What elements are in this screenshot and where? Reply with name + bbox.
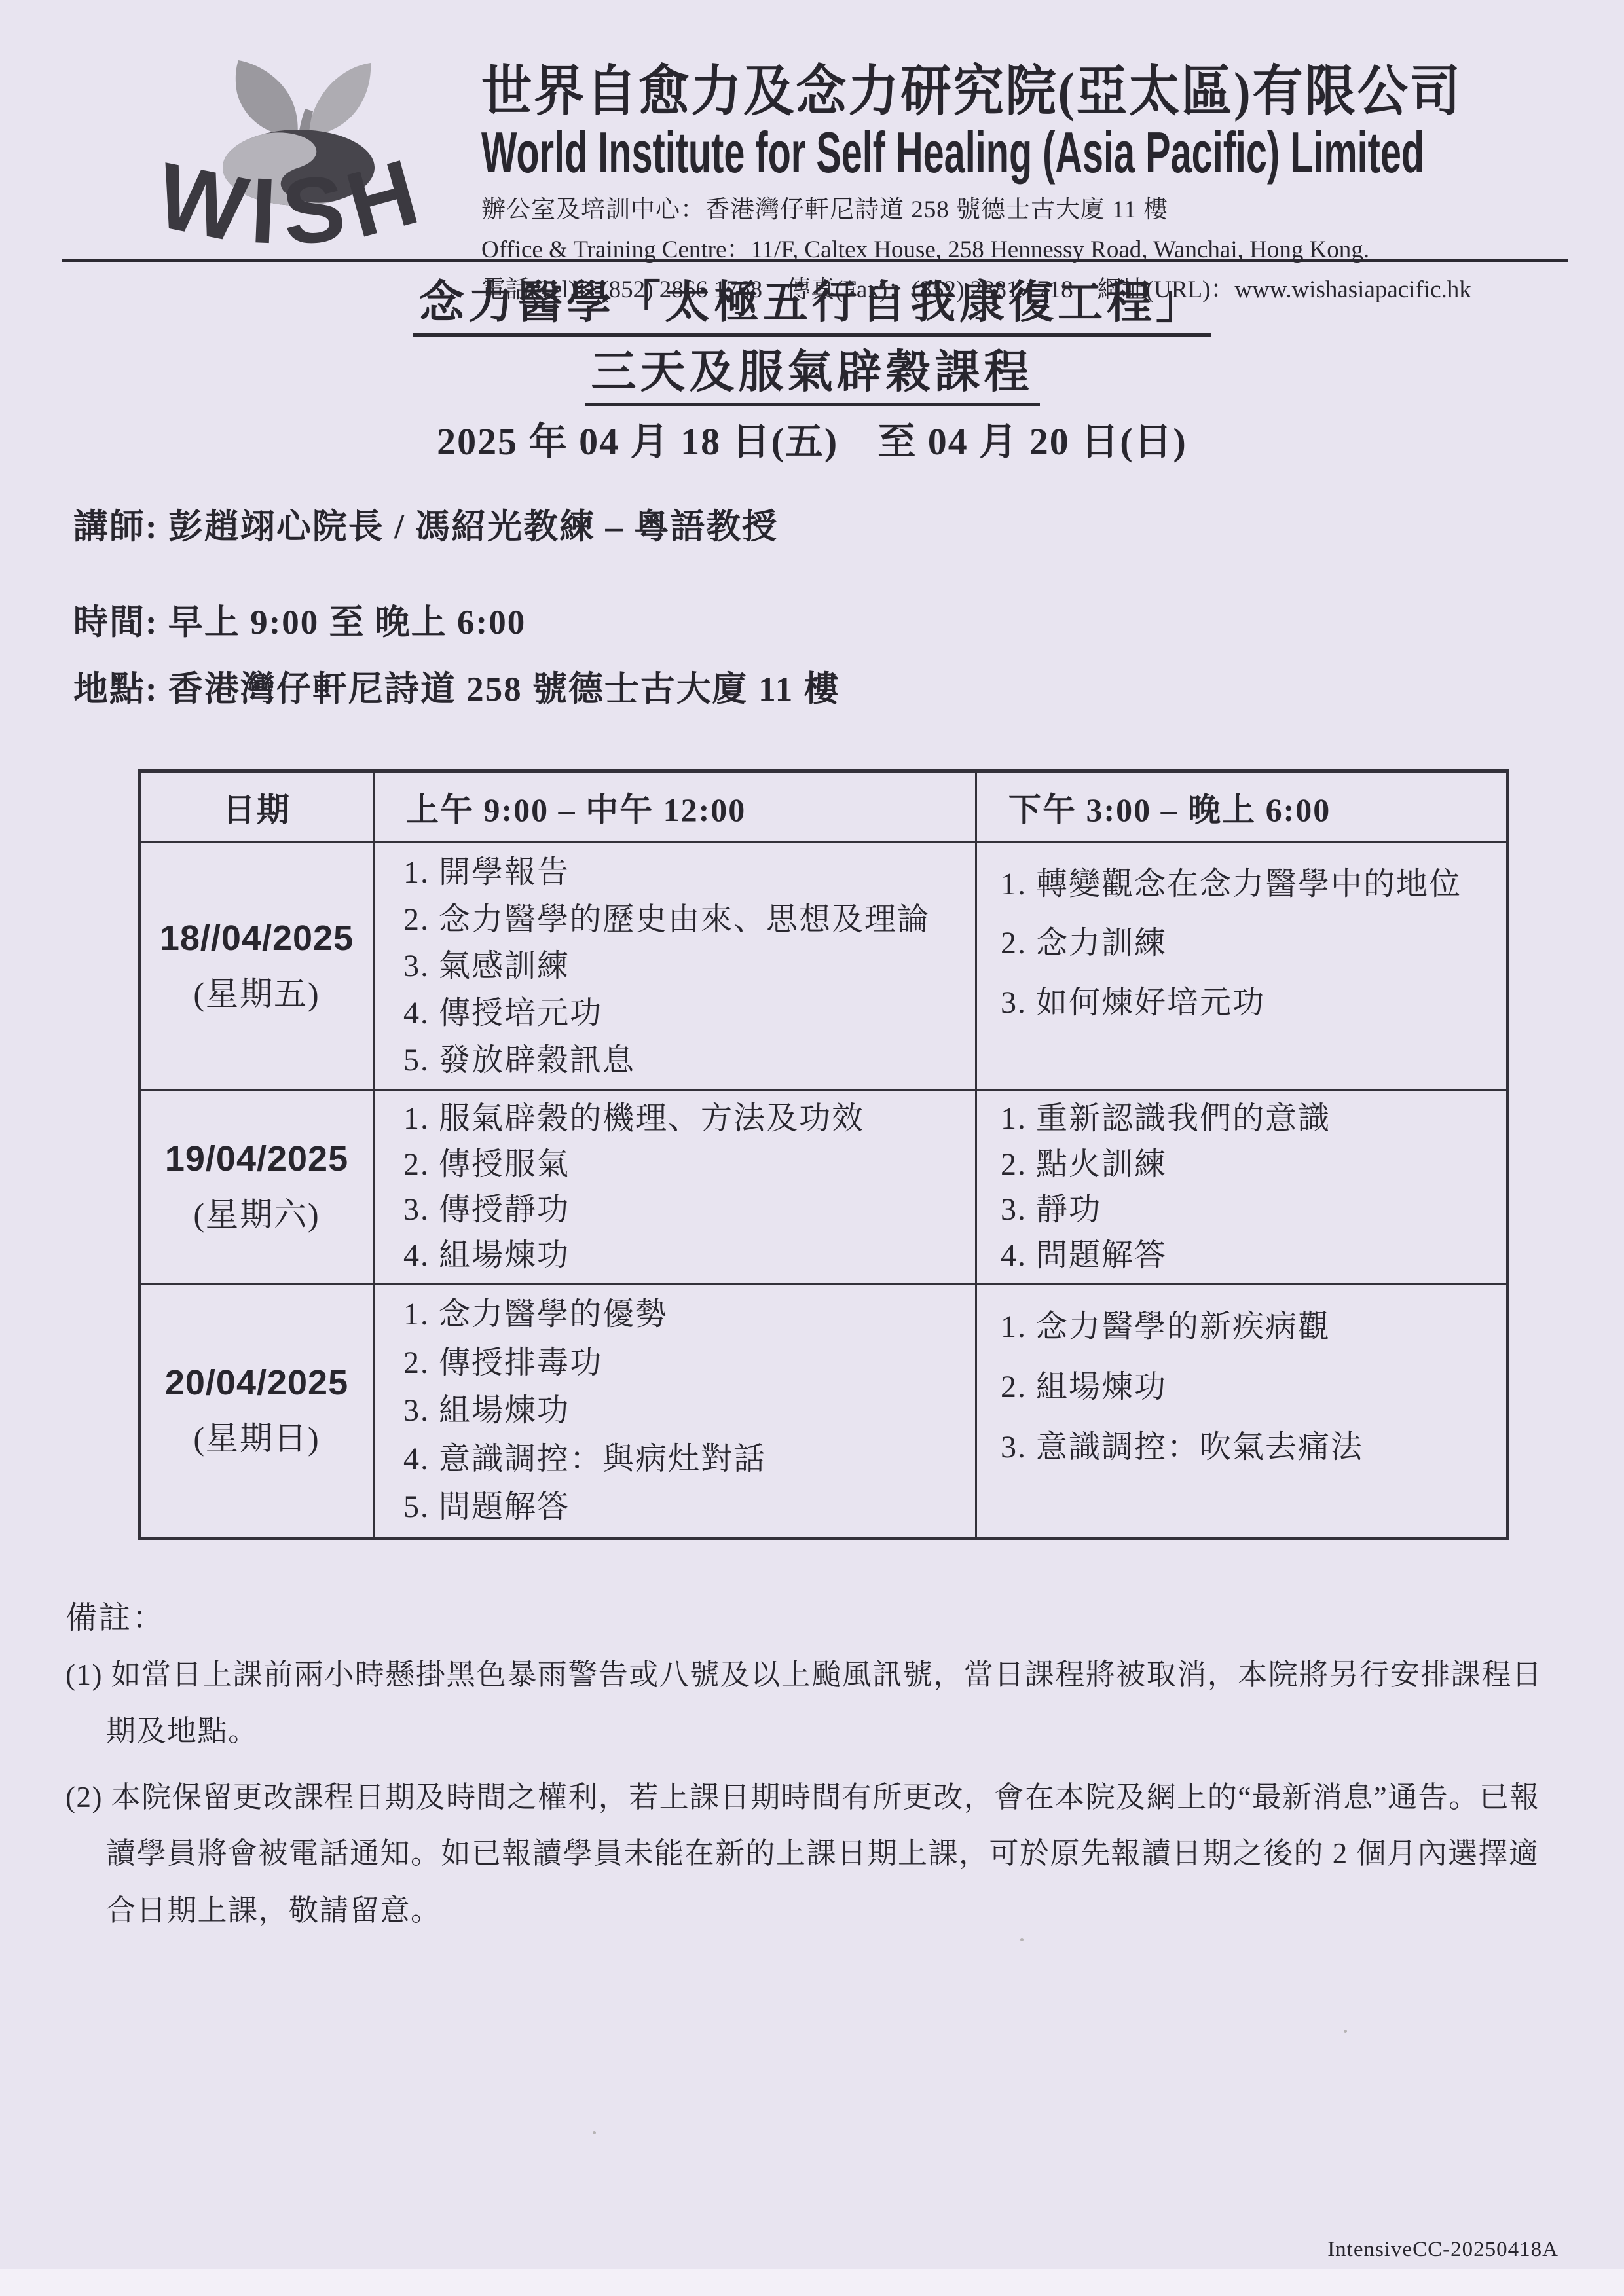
session-date: 18//04/2025	[141, 918, 373, 958]
day1-date-cell: 18//04/2025 (星期五)	[139, 843, 374, 1091]
letterhead: 世界自愈力及念力研究院(亞太區)有限公司 World Institute for…	[481, 63, 1542, 304]
topic-item: 2. 傳授服氣	[403, 1146, 969, 1182]
remarks-label: 備註：	[65, 1592, 1565, 1637]
remark-item-2: (2) 本院保留更改課程日期及時間之權利，若上課日期時間有所更改，會在本院及網上…	[65, 1769, 1565, 1939]
topic-item: 5. 發放辟穀訊息	[403, 1042, 969, 1078]
scan-speck	[1020, 1938, 1024, 1941]
schedule-header-row: 日期 上午 9:00 – 中午 12:00 下午 3:00 – 晚上 6:00	[139, 771, 1508, 843]
institute-name-chinese: 世界自愈力及念力研究院(亞太區)有限公司	[481, 63, 1457, 122]
course-title-line2: 三天及服氣辟穀課程	[585, 350, 1040, 406]
scan-speck	[1344, 2030, 1347, 2033]
day3-morning-cell: 1. 念力醫學的優勢 2. 傳授排毒功 3. 組場煉功 4. 意識調控：與病灶對…	[374, 1284, 976, 1539]
session-weekday: (星期五)	[141, 968, 373, 1015]
day1-morning-cell: 1. 開學報告 2. 念力醫學的歷史由來、思想及理論 3. 氣感訓練 4. 傳授…	[374, 843, 976, 1091]
remarks-block: 備註： (1) 如當日上課前兩小時懸掛黑色暴雨警告或八號及以上颱風訊號，當日課程…	[65, 1592, 1565, 1939]
day2-date-cell: 19/04/2025 (星期六)	[139, 1091, 374, 1284]
session-weekday: (星期六)	[141, 1188, 373, 1235]
topic-item: 3. 傳授靜功	[403, 1192, 969, 1228]
morning-topic-list: 1. 開學報告 2. 念力醫學的歷史由來、思想及理論 3. 氣感訓練 4. 傳授…	[375, 843, 975, 1089]
course-title-line1: 念力醫學「太極五行自我康復工程」	[413, 280, 1211, 337]
lecturer-line: 講師: 彭趙翊心院長 / 馮紹光教練 – 粵語教授	[73, 499, 778, 549]
wish-logo: WISH	[145, 58, 437, 251]
topic-item: 1. 念力醫學的新疾病觀	[1001, 1309, 1500, 1345]
afternoon-topic-list: 1. 念力醫學的新疾病觀 2. 組場煉功 3. 意識調控：吹氣去痛法	[977, 1285, 1506, 1537]
time-line: 時間: 早上 9:00 至 晚上 6:00	[73, 594, 526, 644]
office-address-chinese: 辦公室及培訓中心：香港灣仔軒尼詩道 258 號德士古大廈 11 樓	[481, 189, 1542, 225]
topic-item: 5. 問題解答	[403, 1489, 969, 1525]
session-date: 19/04/2025	[141, 1139, 373, 1179]
topic-item: 4. 組場煉功	[403, 1237, 969, 1273]
day3-date-cell: 20/04/2025 (星期日)	[139, 1284, 374, 1539]
scan-speck	[593, 2131, 596, 2134]
topic-item: 1. 重新認識我們的意識	[1001, 1101, 1500, 1137]
course-date-range: 2025 年 04 月 18 日(五) 至 04 月 20 日(日)	[0, 423, 1624, 461]
schedule-row-day1: 18//04/2025 (星期五) 1. 開學報告 2. 念力醫學的歷史由來、思…	[139, 843, 1508, 1091]
topic-item: 3. 氣感訓練	[403, 948, 969, 984]
afternoon-topic-list: 1. 轉變觀念在念力醫學中的地位 2. 念力訓練 3. 如何煉好培元功	[977, 843, 1506, 1089]
topic-item: 2. 組場煉功	[1001, 1369, 1500, 1405]
scan-edge-artifact	[0, 2269, 1624, 2296]
session-weekday: (星期日)	[141, 1412, 373, 1459]
topic-item: 4. 意識調控：與病灶對話	[403, 1441, 969, 1477]
topic-item: 2. 念力訓練	[1001, 925, 1500, 961]
day2-morning-cell: 1. 服氣辟穀的機理、方法及功效 2. 傳授服氣 3. 傳授靜功 4. 組場煉功	[374, 1091, 976, 1284]
schedule-row-day3: 20/04/2025 (星期日) 1. 念力醫學的優勢 2. 傳授排毒功 3. …	[139, 1284, 1508, 1539]
topic-item: 3. 如何煉好培元功	[1001, 985, 1500, 1021]
morning-topic-list: 1. 念力醫學的優勢 2. 傳授排毒功 3. 組場煉功 4. 意識調控：與病灶對…	[375, 1285, 975, 1537]
remark-item-1: (1) 如當日上課前兩小時懸掛黑色暴雨警告或八號及以上颱風訊號，當日課程將被取消…	[65, 1647, 1565, 1760]
topic-item: 2. 傳授排毒功	[403, 1345, 969, 1381]
column-header-date: 日期	[139, 771, 374, 843]
topic-item: 3. 靜功	[1001, 1192, 1500, 1228]
venue-line: 地點: 香港灣仔軒尼詩道 258 號德士古大廈 11 樓	[73, 661, 840, 711]
schedule-row-day2: 19/04/2025 (星期六) 1. 服氣辟穀的機理、方法及功效 2. 傳授服…	[139, 1091, 1508, 1284]
morning-topic-list: 1. 服氣辟穀的機理、方法及功效 2. 傳授服氣 3. 傳授靜功 4. 組場煉功	[375, 1091, 975, 1283]
session-date: 20/04/2025	[141, 1362, 373, 1403]
topic-item: 4. 問題解答	[1001, 1237, 1500, 1273]
column-header-afternoon: 下午 3:00 – 晚上 6:00	[976, 771, 1508, 843]
topic-item: 1. 念力醫學的優勢	[403, 1296, 969, 1332]
header-divider	[62, 259, 1568, 262]
document-code: IntensiveCC-20250418A	[1327, 2238, 1559, 2262]
column-header-morning: 上午 9:00 – 中午 12:00	[374, 771, 976, 843]
topic-item: 1. 開學報告	[403, 854, 969, 890]
topic-item: 2. 念力醫學的歷史由來、思想及理論	[403, 902, 969, 938]
topic-item: 1. 轉變觀念在念力醫學中的地位	[1001, 866, 1500, 902]
topic-item: 2. 點火訓練	[1001, 1146, 1500, 1182]
schedule-table: 日期 上午 9:00 – 中午 12:00 下午 3:00 – 晚上 6:00 …	[138, 769, 1509, 1540]
day3-afternoon-cell: 1. 念力醫學的新疾病觀 2. 組場煉功 3. 意識調控：吹氣去痛法	[976, 1284, 1508, 1539]
topic-item: 1. 服氣辟穀的機理、方法及功效	[403, 1101, 969, 1137]
day2-afternoon-cell: 1. 重新認識我們的意識 2. 點火訓練 3. 靜功 4. 問題解答	[976, 1091, 1508, 1284]
scanned-course-schedule-page: WISH 世界自愈力及念力研究院(亞太區)有限公司 World Institut…	[0, 0, 1624, 2296]
topic-item: 4. 傳授培元功	[403, 995, 969, 1031]
afternoon-topic-list: 1. 重新認識我們的意識 2. 點火訓練 3. 靜功 4. 問題解答	[977, 1091, 1506, 1283]
topic-item: 3. 意識調控：吹氣去痛法	[1001, 1429, 1500, 1465]
course-title-block: 念力醫學「太極五行自我康復工程」 三天及服氣辟穀課程 2025 年 04 月 1…	[0, 280, 1624, 461]
day1-afternoon-cell: 1. 轉變觀念在念力醫學中的地位 2. 念力訓練 3. 如何煉好培元功	[976, 843, 1508, 1091]
topic-item: 3. 組場煉功	[403, 1393, 969, 1429]
institute-name-english: World Institute for Self Healing (Asia P…	[481, 124, 1176, 181]
